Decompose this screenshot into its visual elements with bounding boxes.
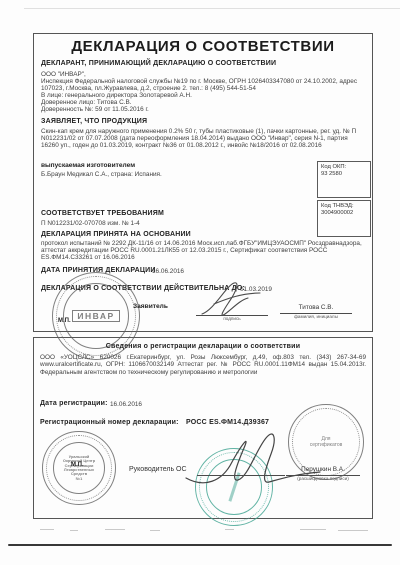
declaration-box: ДЕКЛАРАЦИЯ О СООТВЕТСТВИИ ДЕКЛАРАНТ, ПРИ…: [33, 33, 373, 332]
registration-body: ООО «УОЦСЛС» 620026 г.Екатеринбург, ул. …: [40, 354, 366, 376]
registration-date-label: Дата регистрации:: [40, 400, 108, 407]
invar-stamp-text: ИНВАР: [72, 310, 119, 322]
declarant-details: Инспекция Федеральной налоговой службы №…: [41, 78, 363, 93]
conformity-document: П N012231/02-070708 изм. № 1-4: [41, 220, 140, 227]
scanned-declaration-page: ДЕКЛАРАЦИЯ О СООТВЕТСТВИИ ДЕКЛАРАНТ, ПРИ…: [0, 0, 400, 565]
scan-noise: [40, 529, 54, 530]
scan-noise: [150, 530, 160, 531]
scan-noise: [300, 529, 326, 530]
signer-name: Титова С.В.: [280, 304, 352, 314]
basis-text: протокол испытаний № 2292 ДК-11/16 от 14…: [41, 240, 363, 262]
basis-heading: ДЕКЛАРАЦИЯ ПРИНЯТА НА ОСНОВАНИИ: [41, 231, 191, 238]
registration-number-label: Регистрационный номер декларации:: [40, 419, 179, 426]
declarant-heading: ДЕКЛАРАНТ, ПРИНИМАЮЩИЙ ДЕКЛАРАЦИЮ О СООТ…: [41, 60, 276, 67]
scan-top-line: [24, 8, 400, 9]
cert-stamp: Для сертификатов: [288, 404, 364, 480]
tnved-label: Код ТНВЭД:: [321, 203, 367, 210]
page-title: ДЕКЛАРАЦИЯ О СООТВЕТСТВИИ: [34, 38, 372, 55]
okp-code-box: Код ОКП: 93 2580: [317, 161, 371, 198]
tnved-value: 3004900002: [321, 210, 367, 217]
scan-bottom-line: [8, 544, 392, 546]
certifier-stamp: Уральский Окружной Центр Сертификации Ле…: [42, 431, 116, 505]
registration-date-value: 16.06.2016: [110, 401, 142, 408]
product-heading: ЗАЯВЛЯЕТ, ЧТО ПРОДУКЦИЯ: [41, 118, 147, 125]
applicant-label: Заявитель: [133, 303, 168, 310]
okp-value: 93 2580: [321, 171, 367, 178]
declarant-attorney: Доверенность №: 59 от 11.05.2016 г.: [41, 106, 149, 113]
cert-stamp-text: Для сертификатов: [310, 436, 343, 448]
scan-noise: [105, 529, 125, 530]
registration-mp-label: М.П.: [71, 462, 84, 468]
registration-heading: Сведения о регистрации декларации о соот…: [34, 343, 372, 350]
tnved-code-box: Код ТНВЭД: 3004900002: [317, 200, 371, 237]
scan-noise: [70, 530, 78, 531]
signature-caption: подпись: [196, 316, 268, 321]
manufacturer-name: Б.Браун Медикал С.А., страна: Испания.: [41, 171, 162, 178]
applicant-signature-group: подпись: [196, 302, 268, 321]
head-signature-line: [197, 475, 285, 476]
manufacturer-heading: выпускаемая изготовителем: [41, 162, 135, 169]
mp-label: М.П.: [58, 318, 71, 324]
signer-group: Титова С.В. фамилия, инициалы: [280, 304, 352, 319]
registration-box: Сведения о регистрации декларации о соот…: [33, 337, 373, 519]
signer-caption: фамилия, инициалы: [280, 314, 352, 319]
scan-noise: [338, 530, 368, 531]
okp-label: Код ОКП:: [321, 164, 367, 171]
scan-noise: [225, 529, 234, 530]
registration-number-value: РОСС ES.ФМ14.Д39367: [186, 419, 269, 426]
conformity-heading: СООТВЕТСТВУЕТ ТРЕБОВАНИЯМ: [41, 210, 164, 217]
certifier-stamp-number: №1: [76, 477, 83, 481]
adoption-date-value: 16.06.2016: [152, 268, 184, 275]
product-description: Скин-кап крем для наружного применения 0…: [41, 128, 363, 150]
